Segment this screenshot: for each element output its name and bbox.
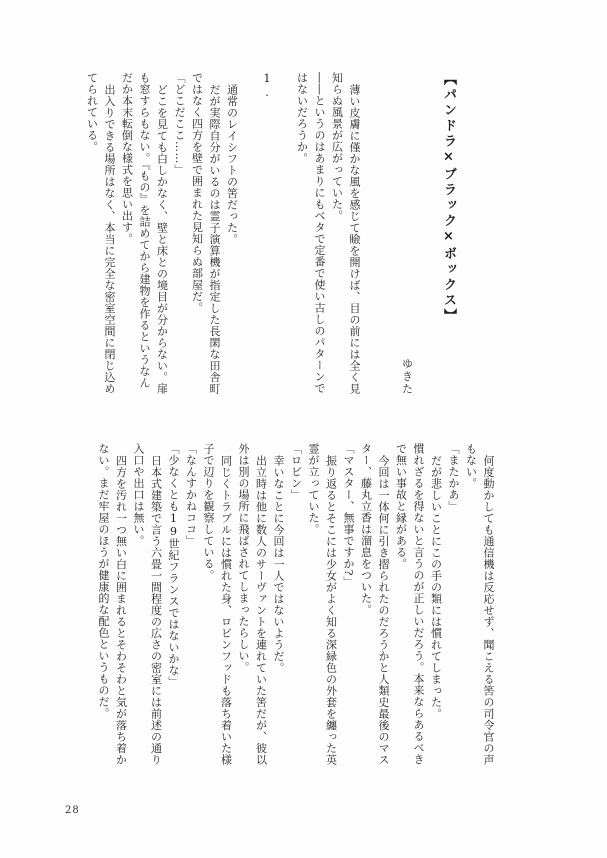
text-line: 今回は一体何に引き摺られたのだろうかと人類史最後のマスター、藤丸立香は溜息をつい… (357, 443, 392, 766)
text-line: 「マスター、無事ですか?」 (340, 443, 358, 766)
top-text-block: 【パンドラ×ブラック×ボックス】 ゆきた 薄い皮膚に僅かな風を感じて瞼を開けば、… (83, 72, 463, 395)
novel-page: 【パンドラ×ブラック×ボックス】 ゆきた 薄い皮膚に僅かな風を感じて瞼を開けば、… (0, 0, 607, 858)
section-number: 1. (258, 72, 276, 395)
text-line: 慣れざるを得ないと言うのが正しいだろう。本来ならあるべきで無い事故と縁がある。 (392, 443, 427, 766)
blank-line (276, 72, 294, 395)
text-line: 「どこだここ……」 (171, 72, 189, 395)
text-line: ――というのはあまりにもベタで定番で使い古しのパターンではないだろうか。 (293, 72, 328, 395)
blank-line (241, 72, 259, 395)
blank-line (416, 72, 434, 395)
text-line: どこを見ても白しかなく、壁と床との境目が分からない。扉も窓すらもない。『もの』を… (118, 72, 171, 395)
section-one-paragraphs: 通常のレイシフトの筈だった。だが実際自分がいるのは霊子演算機が指定した長閑な田舎… (83, 72, 241, 395)
text-line: 「なんすかねココ」 (182, 443, 200, 766)
text-line: 出入りできる場所はなく、本当に完全な密室空間に閉じ込めてられている。 (83, 72, 118, 395)
text-line: 「ロビン」 (287, 443, 305, 766)
bottom-text-block: 何度動かしても通信機は反応せず、聞こえる筈の司令官の声もない。「またかあ」だが悲… (95, 443, 498, 766)
blank-line (363, 72, 381, 395)
text-line: 日本式建築で言う六畳一間程度の広さの密室には前述の通り入口や出口は無い。 (130, 443, 165, 766)
text-line: 振り返るとそこには少女がよく知る深緑色の外套を纏った英霊が立っていた。 (305, 443, 340, 766)
text-line: だが実際自分がいるのは霊子演算機が指定した長閑な田舎町ではなく四方を壁で囲まれた… (188, 72, 223, 395)
text-line: 出立時は他に数人のサーヴァントを連れていた筈だが、彼以外は別の場所に飛ばされてし… (235, 443, 270, 766)
text-line: だが悲しいことにこの手の類には慣れてしまった。 (427, 443, 445, 766)
text-line: 幸いなことに今回は一人ではないようだ。 (270, 443, 288, 766)
blank-line (381, 72, 399, 395)
text-line: 四方を汚れ一つ無い白に囲まれるとそわそわと気が落ち着かない。まだ牢屋のほうが健康… (95, 443, 130, 766)
text-line: 通常のレイシフトの筈だった。 (223, 72, 241, 395)
author-name: ゆきた (398, 72, 416, 395)
novel-title: 【パンドラ×ブラック×ボックス】 (433, 72, 463, 395)
text-line: 何度動かしても通信機は反応せず、聞こえる筈の司令官の声もない。 (462, 443, 497, 766)
body-paragraphs: 何度動かしても通信機は反応せず、聞こえる筈の司令官の声もない。「またかあ」だが悲… (95, 443, 498, 766)
text-line: 薄い皮膚に僅かな風を感じて瞼を開けば、目の前には全く見知らぬ風景が広がっていた。 (328, 72, 363, 395)
upright-number: 19 (167, 512, 180, 538)
text-line: 「またかあ」 (445, 443, 463, 766)
opening-paragraphs: 薄い皮膚に僅かな風を感じて瞼を開けば、目の前には全く見知らぬ風景が広がっていた。… (293, 72, 363, 395)
text-line: 「少なくとも19世紀フランスではないかな」 (165, 443, 183, 766)
page-number: 28 (65, 805, 80, 816)
text-line: 同じくトラブルには慣れた身、ロビンフッドも落ち着いた様子で辺りを観察している。 (200, 443, 235, 766)
